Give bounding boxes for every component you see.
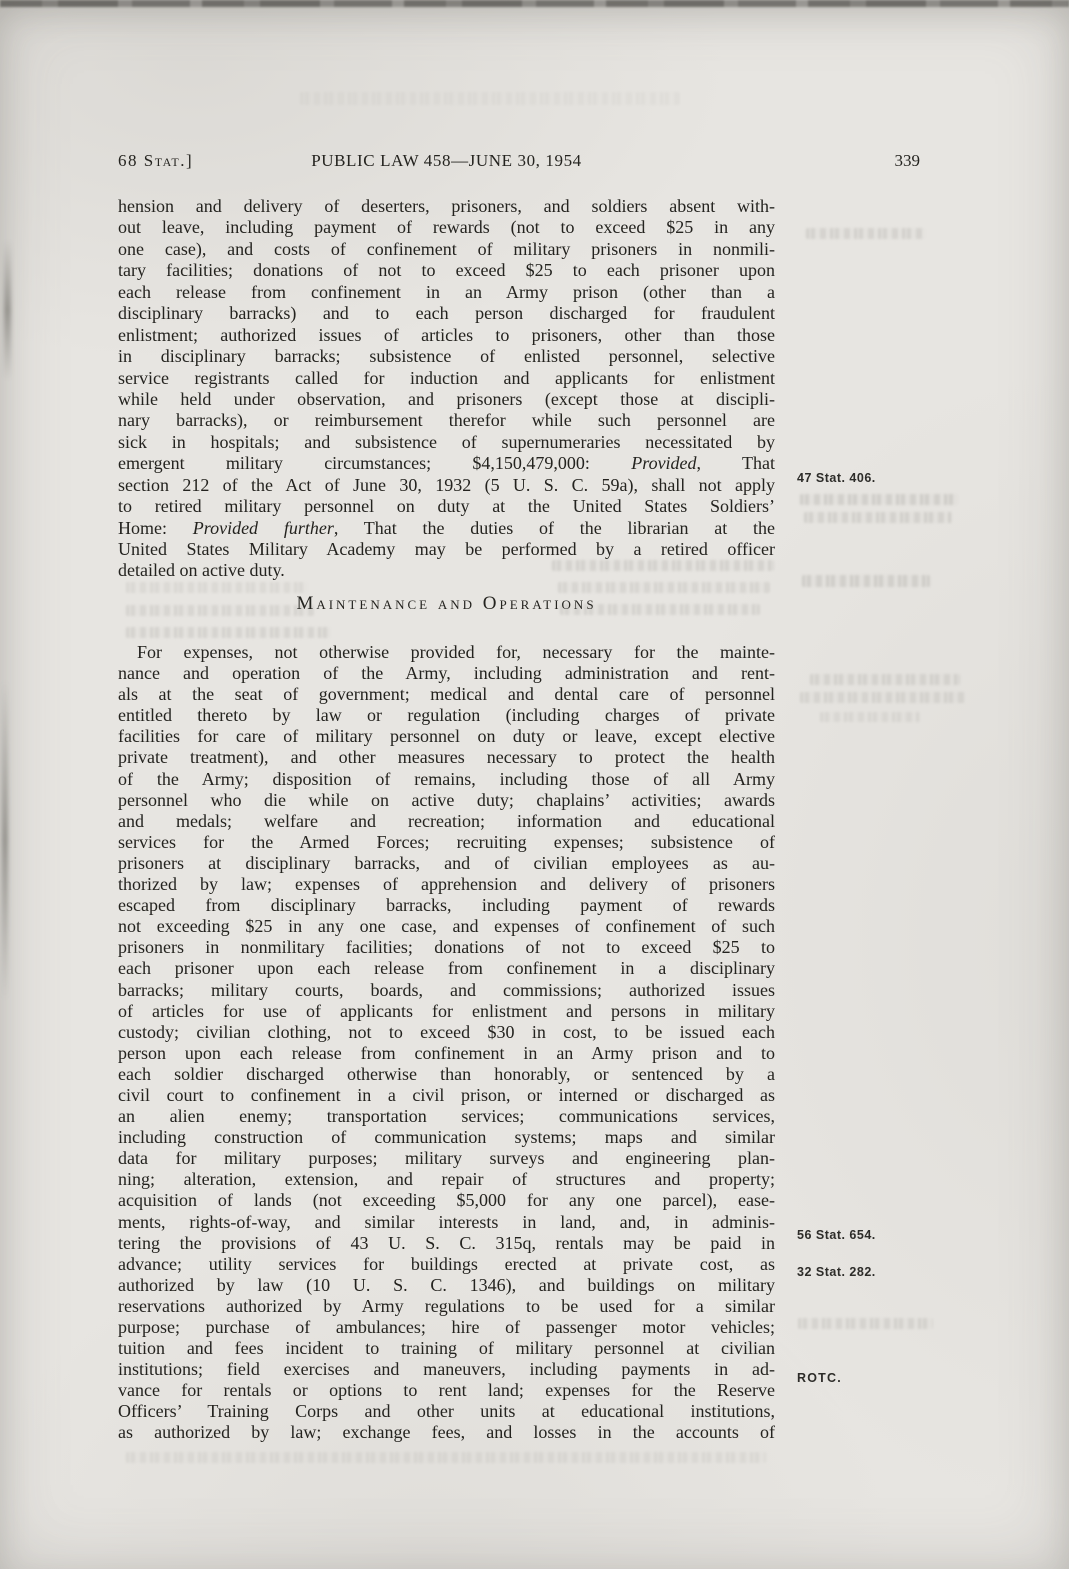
text-line: emergent military circumstances; $4,150,… bbox=[118, 453, 775, 474]
text-segment: als at the seat of government; medical a… bbox=[118, 684, 775, 704]
text-line: to retired military personnel on duty at… bbox=[118, 496, 775, 517]
text-segment: out leave, including payment of rewards … bbox=[118, 217, 775, 237]
bleedthrough-smudge bbox=[800, 494, 958, 505]
text-line: United States Military Academy may be pe… bbox=[118, 539, 775, 560]
text-segment: each soldier discharged otherwise than h… bbox=[118, 1064, 775, 1084]
text-line: thorized by law; expenses of apprehensio… bbox=[118, 874, 775, 895]
text-segment: institutions; field exercises and maneuv… bbox=[118, 1359, 775, 1379]
text-segment: including construction of communication … bbox=[118, 1127, 775, 1147]
text-line: not exceeding $25 in any one case, and e… bbox=[118, 916, 775, 937]
text-segment: sick in hospitals; and subsistence of su… bbox=[118, 432, 775, 452]
text-segment: service registrants called for induction… bbox=[118, 368, 775, 388]
bleedthrough-smudge bbox=[798, 1318, 933, 1329]
text-segment: person upon each release from confinemen… bbox=[118, 1043, 775, 1063]
text-segment: while held under observation, and prison… bbox=[118, 389, 775, 409]
text-segment: data for military purposes; military sur… bbox=[118, 1148, 775, 1168]
text-line: institutions; field exercises and maneuv… bbox=[118, 1359, 775, 1380]
text-line: enlistment; authorized issues of article… bbox=[118, 325, 775, 346]
text-segment: nary barracks), or reimbursement therefo… bbox=[118, 410, 775, 430]
text-segment: purpose; purchase of ambulances; hire of… bbox=[118, 1317, 775, 1337]
text-segment: and medals; welfare and recreation; info… bbox=[118, 811, 775, 831]
text-segment: tary facilities; donations of not to exc… bbox=[118, 260, 775, 280]
text-line: tuition and fees incident to training of… bbox=[118, 1338, 775, 1359]
text-line: authorized by law (10 U. S. C. 1346), an… bbox=[118, 1275, 775, 1296]
text-line: person upon each release from confinemen… bbox=[118, 1043, 775, 1064]
text-segment: private treatment), and other measures n… bbox=[118, 747, 775, 767]
margin-note-47-stat-406: 47 Stat. 406. bbox=[797, 471, 876, 485]
text-line: nance and operation of the Army, includi… bbox=[118, 663, 775, 684]
text-line: prisoners in nonmilitary facilities; don… bbox=[118, 937, 775, 958]
scan-top-edge bbox=[0, 0, 1069, 7]
text-segment: in disciplinary barracks; subsistence of… bbox=[118, 346, 775, 366]
text-segment: ning; alteration, extension, and repair … bbox=[118, 1169, 775, 1189]
text-line: each prisoner upon each release from con… bbox=[118, 958, 775, 979]
text-segment: barracks; military courts, boards, and c… bbox=[118, 980, 775, 1000]
text-segment: facilities for care of military personne… bbox=[118, 726, 775, 746]
bleedthrough-smudge bbox=[810, 674, 960, 685]
text-segment: services for the Armed Forces; recruitin… bbox=[118, 832, 775, 852]
text-segment: reservations authorized by Army regulati… bbox=[118, 1296, 775, 1316]
text-segment: custody; civilian clothing, not to excee… bbox=[118, 1022, 775, 1042]
text-line: escaped from disciplinary barracks, incl… bbox=[118, 895, 775, 916]
text-line: entitled thereto by law or regulation (i… bbox=[118, 705, 775, 726]
text-line: one case), and costs of confinement of m… bbox=[118, 239, 775, 260]
text-segment: section 212 of the Act of June 30, 1932 … bbox=[118, 475, 775, 495]
text-segment: , That the duties of the librarian at th… bbox=[334, 518, 775, 538]
running-header-title: PUBLIC LAW 458—JUNE 30, 1954 bbox=[118, 151, 775, 171]
text-line: including construction of communication … bbox=[118, 1127, 775, 1148]
margin-note-rotc: ROTC. bbox=[797, 1371, 842, 1385]
bleedthrough-smudge bbox=[300, 92, 680, 105]
text-line: sick in hospitals; and subsistence of su… bbox=[118, 432, 775, 453]
text-line: private treatment), and other measures n… bbox=[118, 747, 775, 768]
text-line: of the Army; disposition of remains, inc… bbox=[118, 769, 775, 790]
text-line: facilities for care of military personne… bbox=[118, 726, 775, 747]
text-line: of articles for use of applicants for en… bbox=[118, 1001, 775, 1022]
text-line: section 212 of the Act of June 30, 1932 … bbox=[118, 475, 775, 496]
bleedthrough-smudge bbox=[802, 575, 930, 587]
text-segment: emergent military circumstances; $4,150,… bbox=[118, 453, 631, 473]
text-line: purpose; purchase of ambulances; hire of… bbox=[118, 1317, 775, 1338]
paragraph-appropriation-continuation: hension and delivery of deserters, priso… bbox=[118, 196, 775, 582]
text-segment: ments, rights-of-way, and similar intere… bbox=[118, 1212, 775, 1232]
text-line: while held under observation, and prison… bbox=[118, 389, 775, 410]
bleedthrough-smudge bbox=[800, 692, 965, 703]
text-segment: Home: bbox=[118, 518, 193, 538]
italic-text-segment: Provided further bbox=[193, 518, 334, 538]
text-line: in disciplinary barracks; subsistence of… bbox=[118, 346, 775, 367]
text-segment: tering the provisions of 43 U. S. C. 315… bbox=[118, 1233, 775, 1253]
text-segment: tuition and fees incident to training of… bbox=[118, 1338, 775, 1358]
text-segment: of the Army; disposition of remains, inc… bbox=[118, 769, 775, 789]
bleedthrough-smudge bbox=[806, 228, 926, 239]
text-segment: Officers’ Training Corps and other units… bbox=[118, 1401, 775, 1421]
text-line: each release from confinement in an Army… bbox=[118, 282, 775, 303]
text-line: reservations authorized by Army regulati… bbox=[118, 1296, 775, 1317]
text-segment: prisoners at disciplinary barracks, and … bbox=[118, 853, 775, 873]
text-line: disciplinary barracks) and to each perso… bbox=[118, 303, 775, 324]
text-line: data for military purposes; military sur… bbox=[118, 1148, 775, 1169]
text-line: vance for rentals or options to rent lan… bbox=[118, 1380, 775, 1401]
text-line: Officers’ Training Corps and other units… bbox=[118, 1401, 775, 1422]
text-line: service registrants called for induction… bbox=[118, 368, 775, 389]
statute-page: 68 Stat.] PUBLIC LAW 458—JUNE 30, 1954 3… bbox=[0, 0, 1069, 1569]
text-segment: , That bbox=[697, 453, 775, 473]
text-line: and medals; welfare and recreation; info… bbox=[118, 811, 775, 832]
text-segment: to retired military personnel on duty at… bbox=[118, 496, 775, 516]
text-line: nary barracks), or reimbursement therefo… bbox=[118, 410, 775, 431]
text-segment: vance for rentals or options to rent lan… bbox=[118, 1380, 775, 1400]
text-line: ments, rights-of-way, and similar intere… bbox=[118, 1212, 775, 1233]
text-segment: civil court to confinement in a civil pr… bbox=[118, 1085, 775, 1105]
text-segment: detailed on active duty. bbox=[118, 560, 285, 580]
text-segment: thorized by law; expenses of apprehensio… bbox=[118, 874, 775, 894]
text-line: barracks; military courts, boards, and c… bbox=[118, 980, 775, 1001]
text-segment: one case), and costs of confinement of m… bbox=[118, 239, 775, 259]
italic-text-segment: Provided bbox=[631, 453, 696, 473]
text-segment: prisoners in nonmilitary facilities; don… bbox=[118, 937, 775, 957]
text-line: an alien enemy; transportation services;… bbox=[118, 1106, 775, 1127]
text-segment: authorized by law (10 U. S. C. 1346), an… bbox=[118, 1275, 775, 1295]
bleedthrough-smudge bbox=[126, 605, 314, 616]
bleedthrough-smudge bbox=[552, 560, 774, 571]
text-line: as authorized by law; exchange fees, and… bbox=[118, 1422, 775, 1443]
text-segment: advance; utility services for buildings … bbox=[118, 1254, 775, 1274]
text-segment: enlistment; authorized issues of article… bbox=[118, 325, 775, 345]
text-line: out leave, including payment of rewards … bbox=[118, 217, 775, 238]
margin-note-32-stat-282: 32 Stat. 282. bbox=[797, 1265, 876, 1279]
text-segment: as authorized by law; exchange fees, and… bbox=[118, 1422, 775, 1442]
bleedthrough-smudge bbox=[126, 627, 331, 638]
paragraph-maintenance-and-operations: For expenses, not otherwise provided for… bbox=[118, 642, 775, 1444]
scan-edge-streak bbox=[2, 680, 8, 1000]
page-number: 339 bbox=[870, 151, 920, 171]
text-segment: nance and operation of the Army, includi… bbox=[118, 663, 775, 683]
text-line: advance; utility services for buildings … bbox=[118, 1254, 775, 1275]
text-segment: hension and delivery of deserters, priso… bbox=[118, 196, 775, 216]
text-line: services for the Armed Forces; recruitin… bbox=[118, 832, 775, 853]
text-segment: escaped from disciplinary barracks, incl… bbox=[118, 895, 775, 915]
text-line: For expenses, not otherwise provided for… bbox=[118, 642, 775, 663]
text-segment: personnel who die while on active duty; … bbox=[118, 790, 775, 810]
text-line: tary facilities; donations of not to exc… bbox=[118, 260, 775, 281]
text-segment: each release from confinement in an Army… bbox=[118, 282, 775, 302]
bleedthrough-smudge bbox=[558, 582, 770, 593]
text-segment: each prisoner upon each release from con… bbox=[118, 958, 775, 978]
text-line: each soldier discharged otherwise than h… bbox=[118, 1064, 775, 1085]
margin-note-56-stat-654: 56 Stat. 654. bbox=[797, 1228, 876, 1242]
text-segment: For expenses, not otherwise provided for… bbox=[137, 642, 775, 662]
text-line: civil court to confinement in a civil pr… bbox=[118, 1085, 775, 1106]
text-segment: of articles for use of applicants for en… bbox=[118, 1001, 775, 1021]
bleedthrough-smudge bbox=[560, 604, 760, 615]
text-line: acquisition of lands (not exceeding $5,0… bbox=[118, 1190, 775, 1211]
bleedthrough-smudge bbox=[126, 582, 308, 593]
bleedthrough-smudge bbox=[126, 1452, 766, 1463]
text-segment: an alien enemy; transportation services;… bbox=[118, 1106, 775, 1126]
text-line: custody; civilian clothing, not to excee… bbox=[118, 1022, 775, 1043]
bleedthrough-smudge bbox=[820, 712, 920, 722]
scan-edge-streak bbox=[4, 240, 11, 380]
text-segment: acquisition of lands (not exceeding $5,0… bbox=[118, 1190, 775, 1210]
bleedthrough-smudge bbox=[804, 512, 952, 523]
text-line: ning; alteration, extension, and repair … bbox=[118, 1169, 775, 1190]
text-line: als at the seat of government; medical a… bbox=[118, 684, 775, 705]
text-line: tering the provisions of 43 U. S. C. 315… bbox=[118, 1233, 775, 1254]
text-line: personnel who die while on active duty; … bbox=[118, 790, 775, 811]
text-line: prisoners at disciplinary barracks, and … bbox=[118, 853, 775, 874]
text-segment: entitled thereto by law or regulation (i… bbox=[118, 705, 775, 725]
text-line: hension and delivery of deserters, priso… bbox=[118, 196, 775, 217]
text-line: Home: Provided further, That the duties … bbox=[118, 518, 775, 539]
text-segment: not exceeding $25 in any one case, and e… bbox=[118, 916, 775, 936]
text-segment: United States Military Academy may be pe… bbox=[118, 539, 775, 559]
text-segment: disciplinary barracks) and to each perso… bbox=[118, 303, 775, 323]
